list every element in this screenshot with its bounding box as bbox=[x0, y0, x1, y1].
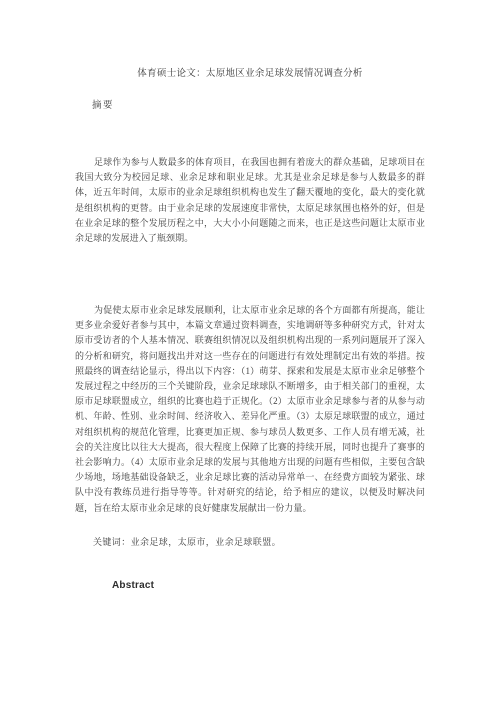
document-title: 体育硕士论文：太原地区业余足球发展情况调查分析 bbox=[0, 65, 500, 79]
abstract-paragraph-2: 为促使太原市业余足球发展顺利，让太原市业余足球的各个方面都有所提高，能让更多业余… bbox=[75, 303, 425, 516]
document-page: 体育硕士论文：太原地区业余足球发展情况调查分析 摘要 足球作为参与人数最多的体育… bbox=[0, 0, 500, 708]
keywords-line: 关键词：业余足球，太原市，业余足球联盟。 bbox=[93, 535, 433, 548]
abstract-cn-heading: 摘要 bbox=[92, 97, 114, 111]
abstract-paragraph-1: 足球作为参与人数最多的体育项目，在我国也拥有着庞大的群众基础，足球项目在我国大致… bbox=[75, 155, 425, 246]
abstract-en-heading: Abstract bbox=[112, 580, 154, 591]
